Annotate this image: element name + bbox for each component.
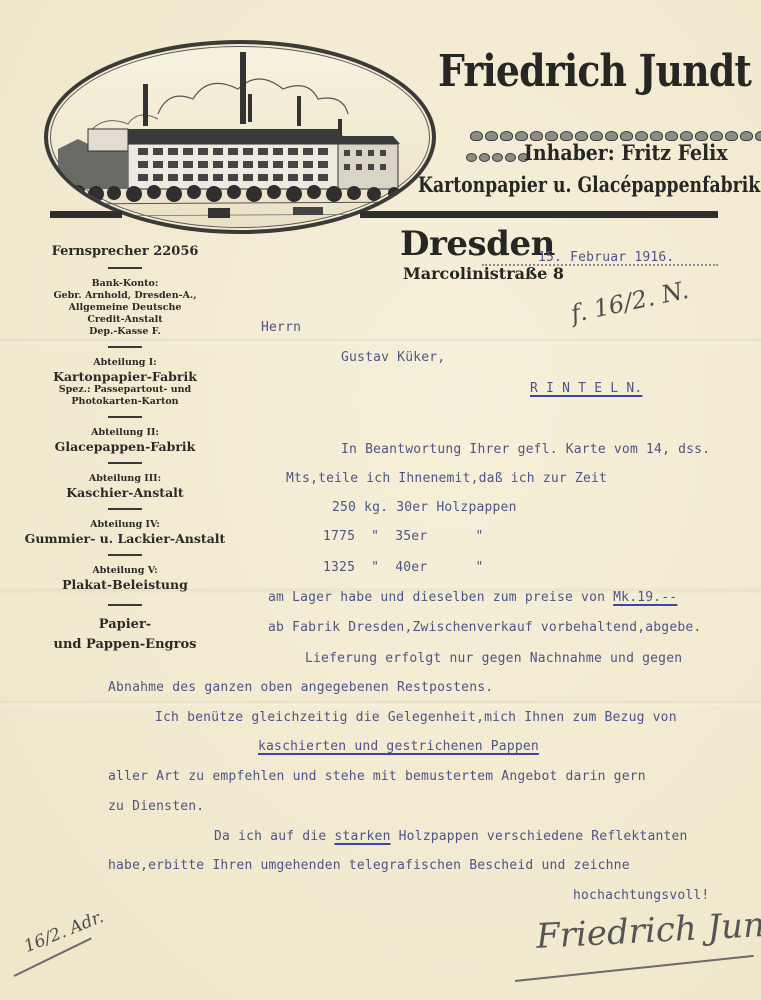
body-line: Lieferung erfolgt nur gegen Nachnahme un…	[305, 651, 682, 666]
letterhead-rule-left	[50, 211, 122, 218]
letter-date: 15. Februar 1916.	[538, 250, 674, 265]
separator	[108, 462, 142, 464]
sidebar: Fernsprecher 22056 Bank-Konto: Gebr. Arn…	[20, 244, 230, 655]
engros-line: Papier-	[20, 615, 230, 635]
department-name: Glacepappen-Fabrik	[20, 439, 230, 454]
separator	[108, 508, 142, 510]
firm-name: Friedrich Jundt	[438, 48, 687, 96]
body-line: zu Diensten.	[108, 799, 204, 814]
closing: hochachtungsvoll!	[573, 888, 709, 903]
underlined-phrase: kaschierten und gestrichenen Pappen	[258, 739, 539, 754]
phone-number: Fernsprecher 22056	[20, 244, 230, 259]
bank-heading: Bank-Konto:	[20, 278, 230, 290]
emphasis: starken	[334, 829, 390, 844]
department-label: Abteilung I:	[20, 357, 230, 369]
street-address: Marcolinistraße 8	[403, 264, 564, 283]
bank-line: Dep.-Kasse F.	[20, 326, 230, 338]
department-sub: Spez.: Passepartout- und	[20, 384, 230, 396]
separator	[108, 554, 142, 556]
body-line: aller Art zu empfehlen und stehe mit bem…	[108, 769, 646, 784]
recipient-city: R I N T E L N.	[530, 381, 642, 396]
factory-illustration	[48, 44, 432, 230]
department-label: Abteilung II:	[20, 427, 230, 439]
body-line: habe,erbitte Ihren umgehenden telegrafis…	[108, 858, 630, 873]
department-name: Kartonpapier-Fabrik	[20, 369, 230, 384]
department-label: Abteilung V:	[20, 565, 230, 577]
factory-vignette	[44, 40, 436, 234]
ornament-border-small	[466, 153, 529, 162]
body-line: Mts,teile ich Ihnenemit,daß ich zur Zeit	[286, 471, 607, 486]
department-name: Kaschier-Anstalt	[20, 485, 230, 500]
department-name: Plakat-Beleistung	[20, 577, 230, 592]
department-label: Abteilung III:	[20, 473, 230, 485]
separator	[108, 267, 142, 269]
bank-line: Gebr. Arnhold, Dresden-A.,	[20, 290, 230, 302]
bank-line: Allgemeine Deutsche	[20, 302, 230, 314]
department-name: Gummier- u. Lackier-Anstalt	[20, 531, 230, 546]
body-line: 250 kg. 30er Holzpappen	[332, 500, 517, 515]
salutation: Herrn	[261, 320, 301, 335]
department-sub: Photokarten-Karton	[20, 396, 230, 408]
separator	[108, 604, 142, 606]
body-line: ab Fabrik Dresden,Zwischenverkauf vorbeh…	[268, 620, 701, 635]
separator	[108, 346, 142, 348]
body-line: am Lager habe und dieselben zum preise v…	[268, 590, 677, 605]
business-line: Kartonpapier u. Glacépappenfabrik.	[418, 172, 761, 197]
body-text: Da ich auf die	[214, 829, 334, 844]
body-line: Da ich auf die starken Holzpappen versch…	[214, 829, 688, 844]
bank-line: Credit-Anstalt	[20, 314, 230, 326]
engros-line: und Pappen-Engros	[20, 635, 230, 655]
letterhead-rule-right	[360, 211, 718, 218]
body-line: Abnahme des ganzen oben angegebenen Rest…	[108, 680, 493, 695]
body-line: Ich benütze gleichzeitig die Gelegenheit…	[155, 710, 677, 725]
body-line: In Beantwortung Ihrer gefl. Karte vom 14…	[341, 442, 710, 457]
price: Mk.19.--	[613, 590, 677, 605]
owner-line: Inhaber: Fritz Felix	[524, 140, 728, 165]
body-text: am Lager habe und dieselben zum preise v…	[268, 590, 613, 605]
body-line: 1775 " 35er "	[323, 529, 484, 544]
department-label: Abteilung IV:	[20, 519, 230, 531]
body-line: 1325 " 40er "	[323, 560, 484, 575]
separator	[108, 416, 142, 418]
body-text: Holzpappen verschiedene Reflektanten	[391, 829, 688, 844]
recipient-name: Gustav Küker,	[341, 350, 445, 365]
